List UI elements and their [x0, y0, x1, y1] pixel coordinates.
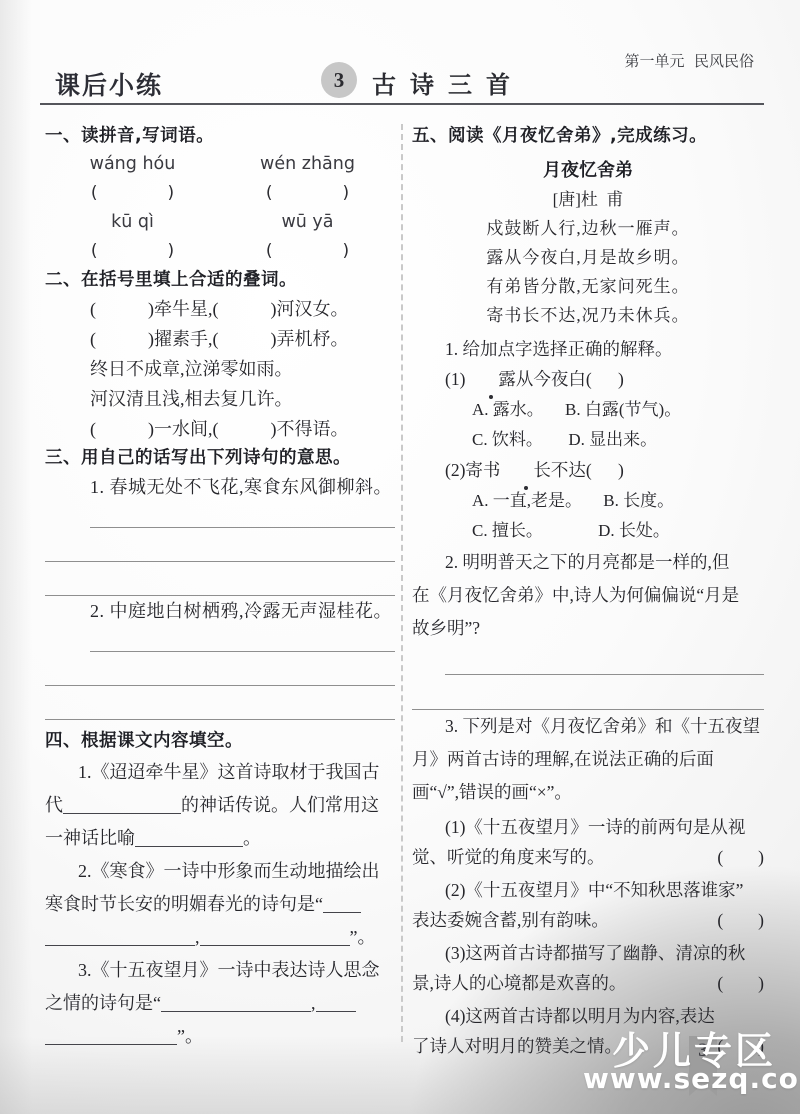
- statement-text: 景,诗人的心境都是欢喜的。: [412, 968, 626, 998]
- judge-paren: ( ): [717, 842, 764, 872]
- statement-text: 觉、听觉的角度来写的。: [412, 842, 605, 872]
- pinyin-grid: wáng hóu()wén zhāng()kū qì()wū yā(): [45, 150, 395, 266]
- answer-line: [45, 562, 395, 596]
- text-segment: 一水间,: [154, 419, 213, 439]
- pinyin-word: wén zhāng: [220, 150, 395, 179]
- answer-paren: (: [213, 329, 219, 349]
- answer-line: [45, 652, 395, 686]
- section1-title: 一、读拼音,写词语。: [45, 122, 395, 150]
- answer-line: [412, 675, 764, 710]
- worksheet-line: ()一水间,()不得语。: [45, 414, 395, 444]
- section5-title: 五、阅读《月夜忆舍弟》,完成练习。: [412, 122, 764, 150]
- fill-in-line: 一神话比喻。: [45, 822, 395, 855]
- section2-lines: ()牵牛星,()河汉女。()擢素手,()弄机杼。终日不成章,泣涕零如雨。河汉清且…: [45, 294, 395, 444]
- text-segment: 牵牛星,: [154, 299, 213, 319]
- poem-title: 月夜忆舍弟: [412, 156, 764, 186]
- lesson-title: 古诗三首: [372, 65, 524, 100]
- fill-in-line: 代的神话传说。人们常用这: [45, 789, 395, 822]
- unit-label: 第一单元 民风民俗: [624, 50, 754, 71]
- answer-line: [90, 626, 395, 652]
- fill-blank: [323, 897, 361, 913]
- question3-lines: 3. 下列是对《月夜忆舍弟》和《十五夜望月》两首古诗的理解,在说法正确的后面画“…: [412, 710, 764, 809]
- statement-line: (2)《十五夜望月》中“不知秋思落谁家”: [412, 875, 764, 905]
- fill-in-line: 1.《迢迢牵牛星》这首诗取材于我国古: [45, 756, 395, 789]
- question-line: 在《月夜忆舍弟》中,诗人为何偏偏说“月是: [412, 579, 764, 612]
- option-row: C. 擅长。 D. 长处。: [412, 516, 764, 546]
- pinyin-answer-paren: (): [220, 179, 395, 208]
- sub-question: (2)寄书长不达( ): [412, 455, 764, 486]
- fill-in-line: ,”。: [45, 921, 395, 954]
- statement-last-line: 景,诗人的心境都是欢喜的。( ): [412, 968, 764, 998]
- text-segment: 的神话传说。人们常用这: [181, 795, 379, 815]
- dotted-character: 长: [500, 455, 551, 486]
- worksheet-line: 终日不成章,泣涕零如雨。: [45, 354, 395, 384]
- section4-title: 四、根据课文内容填空。: [45, 726, 395, 756]
- text-segment: 之情的诗句是“: [45, 993, 161, 1013]
- worksheet-page: 课后小练 3 古诗三首 第一单元 民风民俗 一、读拼音,写词语。 wáng hó…: [0, 0, 800, 1114]
- question2-lines: 2. 明明普天之下的月亮都是一样的,但在《月夜忆舍弟》中,诗人为何偏偏说“月是故…: [412, 546, 764, 645]
- answer-paren: (: [213, 419, 219, 439]
- worksheet-line: ()擢素手,()弄机杼。: [45, 324, 395, 354]
- section3-items: 1. 春城无处不飞花,寒食东风御柳斜。2. 中庭地白树栖鸦,冷露无声湿桂花。: [45, 472, 395, 720]
- text-segment: 河汉女。: [277, 299, 349, 319]
- worksheet-line: ()牵牛星,()河汉女。: [45, 294, 395, 324]
- text-segment: 。: [243, 828, 261, 848]
- text-segment: 一神话比喻: [45, 828, 135, 848]
- pinyin-cell: wén zhāng(): [220, 150, 395, 208]
- answer-paren: (: [90, 329, 96, 349]
- pinyin-answer-paren: (): [45, 179, 220, 208]
- text-segment: 不得语。: [277, 419, 349, 439]
- answer-paren: ): [168, 183, 175, 203]
- fill-in-line: 之情的诗句是“,: [45, 987, 395, 1020]
- pinyin-word: wáng hóu: [45, 150, 220, 179]
- text-segment: 终日不成章,泣涕零如雨。: [90, 359, 293, 379]
- item-number: 2.: [90, 601, 110, 621]
- fill-in-line: 寒食时节长安的明媚春光的诗句是“: [45, 888, 395, 921]
- sub-text: 寄书: [465, 460, 500, 480]
- statement-last-line: 觉、听觉的角度来写的。( ): [412, 842, 764, 872]
- sub-text: 从今夜白( ): [516, 369, 624, 389]
- question-line: 月》两首古诗的理解,在说法正确的后面: [412, 743, 764, 776]
- option-row: A. 一直,老是。 B. 长度。: [412, 486, 764, 516]
- judge-paren: ( ): [717, 968, 764, 998]
- statement-line: (3)这两首古诗都描写了幽静、清凉的秋: [412, 938, 764, 968]
- poem-sentence-item: 2. 中庭地白树栖鸦,冷露无声湿桂花。: [45, 596, 395, 626]
- question-line: 2. 明明普天之下的月亮都是一样的,但: [412, 546, 764, 579]
- fill-blank: [200, 930, 350, 946]
- answer-paren: (: [91, 183, 98, 203]
- text-segment: ”。: [350, 927, 376, 947]
- fill-blank: [63, 798, 181, 814]
- question-line: 3. 下列是对《月夜忆舍弟》和《十五夜望: [412, 710, 764, 743]
- option-row: C. 饮料。 D. 显出来。: [412, 425, 764, 455]
- statement-text: 表达委婉含蓄,别有韵味。: [412, 905, 609, 935]
- fill-in-line: ”。: [45, 1020, 395, 1053]
- poem-sentence-item: 1. 春城无处不飞花,寒食东风御柳斜。: [45, 472, 395, 502]
- judge-paren: ( ): [717, 905, 764, 935]
- poem-line: 露从今夜白,月是故乡明。: [412, 243, 764, 272]
- dotted-character: 露: [465, 364, 516, 395]
- answer-paren: ): [343, 183, 350, 203]
- pinyin-answer-paren: (): [45, 237, 220, 266]
- question1-subitems: (1)露从今夜白( )A. 露水。 B. 白露(节气)。C. 饮料。 D. 显出…: [412, 364, 764, 546]
- answer-line: [90, 502, 395, 528]
- left-column: 一、读拼音,写词语。 wáng hóu()wén zhāng()kū qì()w…: [45, 122, 395, 1053]
- option-row: A. 露水。 B. 白露(节气)。: [412, 395, 764, 425]
- poem-line: 戍鼓断人行,边秋一雁声。: [412, 214, 764, 243]
- answer-paren: (: [266, 241, 273, 261]
- text-segment: ”。: [177, 1026, 203, 1046]
- question-line: 故乡明”?: [412, 612, 764, 645]
- answer-paren: (: [90, 419, 96, 439]
- answer-paren: (: [213, 299, 219, 319]
- header-divider: [40, 103, 764, 105]
- statement: (2)《十五夜望月》中“不知秋思落谁家”表达委婉含蓄,别有韵味。( ): [412, 875, 764, 935]
- sub-label: (1): [445, 369, 465, 389]
- text-segment: 1.《迢迢牵牛星》这首诗取材于我国古: [78, 762, 380, 782]
- sub-label: (2): [445, 460, 465, 480]
- statement-line: (1)《十五夜望月》一诗的前两句是从视: [412, 812, 764, 842]
- fill-blank: [316, 996, 356, 1012]
- poem-lines: 戍鼓断人行,边秋一雁声。露从今夜白,月是故乡明。有弟皆分散,无家问死生。寄书长不…: [412, 214, 764, 330]
- lesson-number-badge: 3: [321, 62, 357, 98]
- text-segment: 2.《寒食》一诗中形象而生动地描绘出: [78, 861, 380, 881]
- text-segment: 河汉清且浅,相去复几许。: [90, 389, 293, 409]
- pinyin-cell: kū qì(): [45, 208, 220, 266]
- section2-title: 二、在括号里填上合适的叠词。: [45, 266, 395, 294]
- section4-paragraphs: 1.《迢迢牵牛星》这首诗取材于我国古代的神话传说。人们常用这一神话比喻。2.《寒…: [45, 756, 395, 1053]
- worksheet-line: 河汉清且浅,相去复几许。: [45, 384, 395, 414]
- answer-line: [45, 528, 395, 562]
- sub-question: (1)露从今夜白( ): [412, 364, 764, 395]
- fill-in-line: 3.《十五夜望月》一诗中表达诗人思念: [45, 954, 395, 987]
- answer-paren: (: [266, 183, 273, 203]
- answer-line: [445, 645, 764, 675]
- corner-label: 课后小练: [55, 66, 163, 102]
- fill-in-line: 2.《寒食》一诗中形象而生动地描绘出: [45, 855, 395, 888]
- answer-paren: ): [343, 241, 350, 261]
- fill-blank: [161, 996, 311, 1012]
- watermark-url: www.sezq.com: [583, 1062, 800, 1095]
- item-text: 中庭地白树栖鸦,冷露无声湿桂花。: [110, 601, 393, 621]
- statement-text: 了诗人对明月的赞美之情。: [412, 1031, 622, 1061]
- question1-text: 1. 给加点字选择正确的解释。: [412, 334, 764, 364]
- statement-last-line: 表达委婉含蓄,别有韵味。( ): [412, 905, 764, 935]
- answer-line: [45, 686, 395, 720]
- poem-line: 寄书长不达,况乃未休兵。: [412, 301, 764, 330]
- text-segment: 3.《十五夜望月》一诗中表达诗人思念: [78, 960, 380, 980]
- text-segment: 擢素手,: [154, 329, 213, 349]
- answer-paren: (: [90, 299, 96, 319]
- fill-blank: [45, 1029, 177, 1045]
- answer-paren: ): [168, 241, 175, 261]
- fill-blank: [135, 831, 243, 847]
- item-text: 春城无处不飞花,寒食东风御柳斜。: [110, 477, 393, 497]
- item-number: 1.: [90, 477, 110, 497]
- text-segment: 寒食时节长安的明媚春光的诗句是“: [45, 894, 323, 914]
- right-column: 五、阅读《月夜忆舍弟》,完成练习。 月夜忆舍弟 [唐]杜 甫 戍鼓断人行,边秋一…: [412, 122, 764, 1061]
- section3-title: 三、用自己的话写出下列诗句的意思。: [45, 444, 395, 472]
- pinyin-cell: wū yā(): [220, 208, 395, 266]
- poem-author: [唐]杜 甫: [412, 186, 764, 214]
- poem-line: 有弟皆分散,无家问死生。: [412, 272, 764, 301]
- answer-paren: (: [91, 241, 98, 261]
- pinyin-answer-paren: (): [220, 237, 395, 266]
- statement: (1)《十五夜望月》一诗的前两句是从视觉、听觉的角度来写的。( ): [412, 812, 764, 872]
- fill-blank: [45, 930, 195, 946]
- column-divider: [401, 124, 403, 1042]
- question-line: 画“√”,错误的画“×”。: [412, 776, 764, 809]
- pinyin-cell: wáng hóu(): [45, 150, 220, 208]
- sub-text: 不达( ): [551, 460, 624, 480]
- statement: (3)这两首古诗都描写了幽静、清凉的秋景,诗人的心境都是欢喜的。( ): [412, 938, 764, 998]
- text-segment: 弄机杼。: [277, 329, 349, 349]
- pinyin-word: kū qì: [45, 208, 220, 237]
- text-segment: 代: [45, 795, 63, 815]
- pinyin-word: wū yā: [220, 208, 395, 237]
